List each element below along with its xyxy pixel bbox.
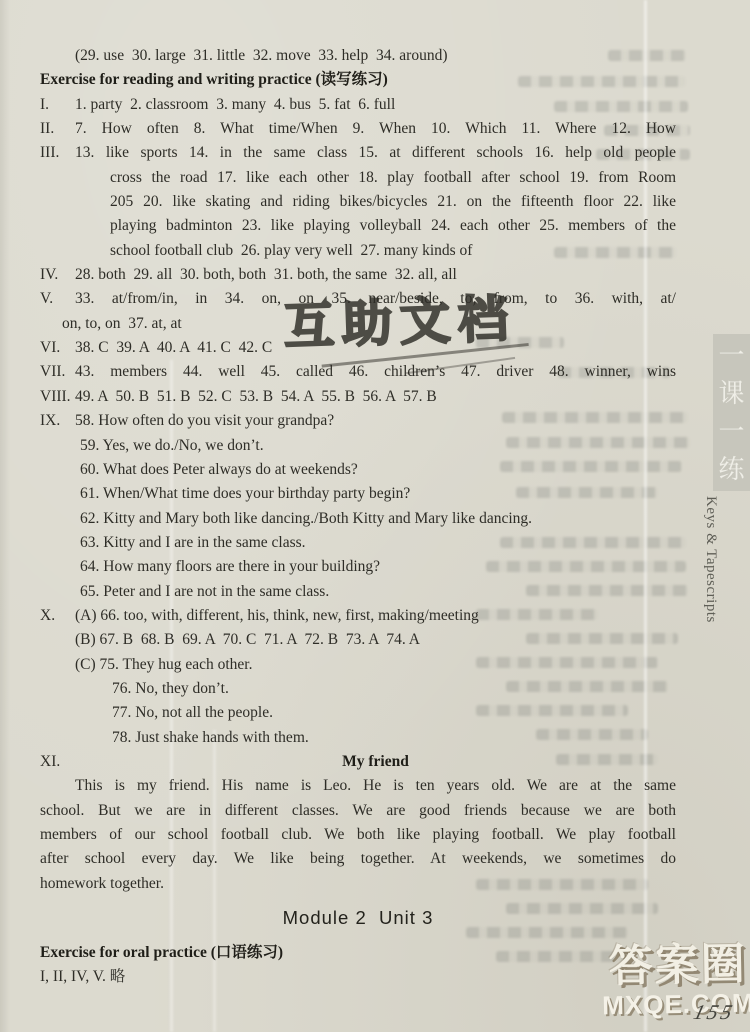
answer-line: school. But we are in different classes.… <box>40 799 676 823</box>
answer-line: on, to, on 37. at, at <box>40 312 676 336</box>
answer-line: 65. Peter and I are not in the same clas… <box>40 580 676 604</box>
series-tab-character: 课 <box>718 377 744 411</box>
answer-line: 78. Just shake hands with them. <box>40 726 676 750</box>
answer-line: 62. Kitty and Mary both like dancing./Bo… <box>40 507 676 531</box>
answer-line: (C) 75. They hug each other. <box>40 653 676 677</box>
answer-line: 61. When/What time does your birthday pa… <box>40 482 676 506</box>
page-number: 155 <box>691 1000 738 1025</box>
series-tab-character: 一 <box>718 415 744 449</box>
roman-numeral: III. <box>40 141 75 165</box>
roman-numeral: II. <box>40 117 75 141</box>
roman-numeral: V. <box>40 287 75 311</box>
answer-line: cross the road 17. like each other 18. p… <box>40 166 676 190</box>
answer-line: IX.58. How often do you visit your grand… <box>40 409 676 433</box>
answer-line: 64. How many floors are there in your bu… <box>40 555 676 579</box>
answer-line: Exercise for reading and writing practic… <box>40 68 676 92</box>
answer-line: X.(A) 66. too, with, different, his, thi… <box>40 604 676 628</box>
roman-numeral: X. <box>40 604 75 628</box>
answer-line: Exercise for oral practice (口语练习) <box>40 941 676 965</box>
answer-line: This is my friend. His name is Leo. He i… <box>40 774 676 798</box>
roman-numeral: I. <box>40 93 75 117</box>
answer-line: 63. Kitty and I are in the same class. <box>40 531 676 555</box>
roman-numeral: XI. <box>40 750 75 774</box>
answer-key-content: (29. use 30. large 31. little 32. move 3… <box>40 44 676 990</box>
answer-line: playing badminton 23. like playing volle… <box>40 214 676 238</box>
answer-line: 76. No, they don’t. <box>40 677 676 701</box>
answer-line: 77. No, not all the people. <box>40 701 676 725</box>
answer-line: VIII.49. A 50. B 51. B 52. C 53. B 54. A… <box>40 385 676 409</box>
answer-line: 60. What does Peter always do at weekend… <box>40 458 676 482</box>
answer-line: Module 2 Unit 3 <box>40 905 676 931</box>
scanned-answer-key-page: (29. use 30. large 31. little 32. move 3… <box>0 0 750 1032</box>
answer-line: after school every day. We like being to… <box>40 847 676 871</box>
roman-numeral: VIII. <box>40 385 75 409</box>
answer-line: 205 20. like skating and riding bikes/bi… <box>40 190 676 214</box>
answer-line: IV.28. both 29. all 30. both, both 31. b… <box>40 263 676 287</box>
answer-line: (29. use 30. large 31. little 32. move 3… <box>40 44 676 68</box>
answer-line: III.13. like sports 14. in the same clas… <box>40 141 676 165</box>
series-tab-character: 一 <box>718 339 744 373</box>
answer-line: 59. Yes, we do./No, we don’t. <box>40 434 676 458</box>
series-tab-character: 练 <box>718 453 744 487</box>
answer-line: I.1. party 2. classroom 3. many 4. bus 5… <box>40 93 676 117</box>
roman-numeral: VII. <box>40 360 75 384</box>
answer-line: school football club 26. play very well … <box>40 239 676 263</box>
roman-numeral: VI. <box>40 336 75 360</box>
book-series-tab: 一课一练 <box>713 334 750 491</box>
roman-numeral: IX. <box>40 409 75 433</box>
answer-line: homework together. <box>40 872 676 896</box>
answer-line: V.33. at/from/in, in 34. on, on 35. near… <box>40 287 676 311</box>
answer-line: VII.43. members 44. well 45. called 46. … <box>40 360 676 384</box>
answer-line: (B) 67. B 68. B 69. A 70. C 71. A 72. B … <box>40 628 676 652</box>
answer-line: I, II, IV, V. 略 <box>40 965 676 989</box>
composition-title: My friend <box>75 750 676 774</box>
roman-numeral: IV. <box>40 263 75 287</box>
answer-line: II.7. How often 8. What time/When 9. Whe… <box>40 117 676 141</box>
answer-line: XI.My friend <box>40 750 676 774</box>
answer-line: members of our school football club. We … <box>40 823 676 847</box>
answer-line: VI.38. C 39. A 40. A 41. C 42. C <box>40 336 676 360</box>
keys-tapescripts-label: Keys & Tapescripts <box>702 496 719 676</box>
